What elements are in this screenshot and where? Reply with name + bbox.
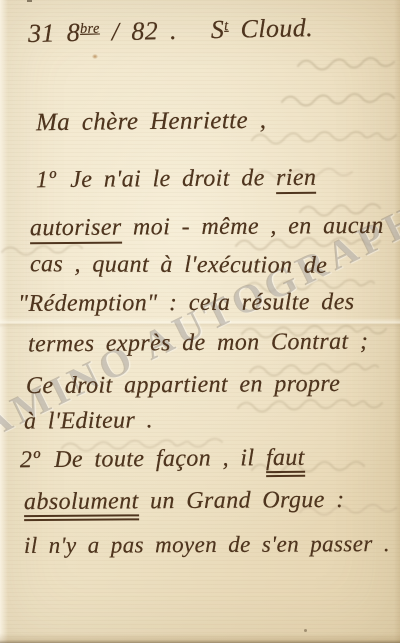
letter-text: 31 8: [28, 18, 81, 48]
letter-text: 1º: [36, 167, 70, 193]
letter-text-superscript: bre: [80, 21, 100, 37]
paper-edge-bottom: [0, 633, 400, 643]
letter-text: moi - même , en aucun: [122, 213, 384, 241]
letter-text: / 82 .: [100, 16, 178, 47]
letter-text: cas , quant à l'exécution de: [30, 251, 327, 279]
letter-text: un Grand Orgue :: [139, 487, 345, 514]
letter-line: cas , quant à l'exécution de: [30, 251, 327, 280]
paper-speck: [304, 629, 307, 632]
letter-line: Ce droit appartient en propre: [26, 371, 340, 400]
bleedthrough-line: [298, 58, 394, 70]
letter-line: "Rédemption" : cela résulte des: [18, 289, 355, 318]
bleedthrough-line: [282, 94, 394, 106]
letter-text: termes exprès de mon Contrat ;: [28, 329, 368, 358]
letter-line: absolument un Grand Orgue :: [24, 487, 345, 516]
letter-text: S: [211, 15, 225, 44]
letter-line: 2ºDe toute façon , il faut: [20, 445, 305, 474]
letter-text: Ce droit appartient en propre: [26, 371, 340, 399]
letter-text: il n'y a pas moyen de s'en passer .: [24, 531, 390, 558]
letter-text: "Rédemption" : cela résulte des: [18, 289, 355, 317]
fox-spot: [92, 54, 98, 59]
letter-scan: TAMINO AUTOGRAPHS 31 8bre / 82 .St Cloud…: [0, 0, 400, 643]
letter-text: De toute façon , il: [54, 445, 266, 473]
letter-text: Je n'ai le droit de: [70, 165, 276, 193]
letter-line: 1ºJe n'ai le droit de rien: [36, 165, 317, 194]
letter-text: 2º: [20, 447, 54, 473]
bleedthrough-line: [238, 400, 382, 412]
underlined-word: autoriser: [30, 215, 122, 245]
letter-text: à l'Editeur .: [24, 407, 153, 434]
letter-line: il n'y a pas moyen de s'en passer .: [24, 531, 390, 559]
letter-line: à l'Editeur .: [24, 407, 153, 435]
bleedthrough-line: [252, 132, 396, 144]
letter-dateline: 31 8bre / 82 .St Cloud.: [28, 13, 314, 49]
letter-line: autoriser moi - même , en aucun: [30, 213, 384, 242]
paper-speck: [27, 0, 32, 2]
letter-text: Ma chère Henriette ,: [36, 107, 267, 136]
letter-line: termes exprès de mon Contrat ;: [28, 329, 369, 359]
double-underlined-word: absolument: [24, 488, 139, 521]
letter-text: Cloud.: [228, 13, 313, 44]
underlined-word: rien: [276, 165, 317, 194]
double-underlined-word: faut: [266, 445, 305, 477]
letter-salutation: Ma chère Henriette ,: [36, 107, 267, 137]
